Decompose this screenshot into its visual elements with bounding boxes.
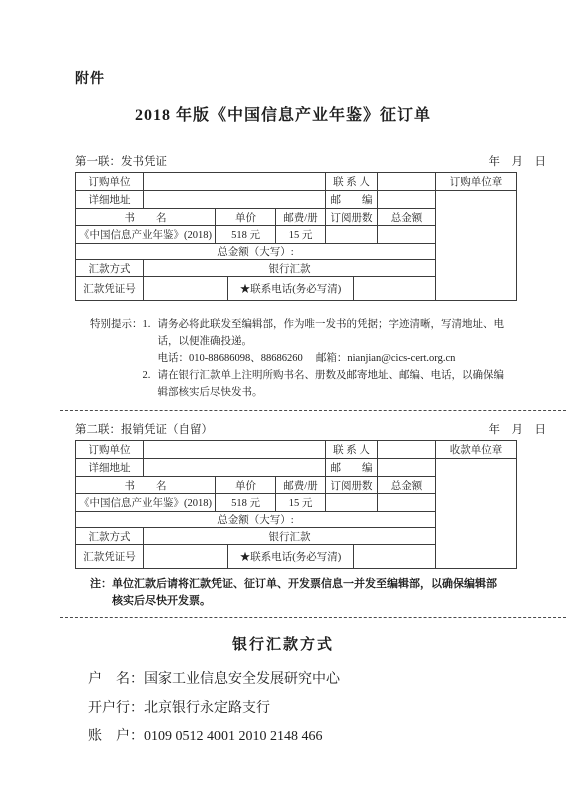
- payment-method-value: 银行汇款: [144, 528, 436, 545]
- bank-account-number-line: 账 户：0109 0512 4001 2010 2148 466: [88, 723, 566, 752]
- contact-phone-label: ★联系电话(务必写清): [228, 545, 354, 569]
- section1-label: 第一联：发书凭证: [75, 153, 167, 169]
- header-book-name: 书 名: [76, 209, 216, 226]
- attachment-label: 附件: [75, 68, 566, 88]
- stamp-area: [436, 459, 517, 569]
- invoice-note-label: 注：: [90, 576, 112, 610]
- address-label: 详细地址: [76, 191, 144, 209]
- special-notes: 特别提示： 1. 请务必将此联发至编辑部，作为唯一发书的凭据；字迹清晰，写清地址…: [90, 316, 514, 401]
- stamp-area-label: 订购单位章: [436, 173, 517, 191]
- bank-remittance-heading: 银行汇款方式: [0, 633, 566, 654]
- book-name-cell: 《中国信息产业年鉴》(2018): [76, 494, 216, 512]
- postcode-label: 邮 编: [326, 191, 378, 209]
- contact-phone-value-cell: [354, 277, 436, 301]
- total-value-cell: [378, 494, 436, 512]
- total-value-cell: [378, 226, 436, 244]
- remittance-voucher-value-cell: [144, 545, 228, 569]
- unit-price-cell: 518 元: [216, 226, 276, 244]
- section2-date-placeholder: 年 月 日: [489, 421, 547, 437]
- section-divider-dashed-1: [60, 410, 566, 411]
- book-name-cell: 《中国信息产业年鉴》(2018): [76, 226, 216, 244]
- document-title: 2018 年版《中国信息产业年鉴》征订单: [0, 102, 566, 125]
- address-value-cell: [144, 191, 326, 209]
- special-note-item-2: 2. 请在银行汇款单上注明所购书名、册数及邮寄地址、邮编、电话，以确保编辑部核实…: [143, 367, 515, 401]
- total-in-words-label: 总金额（大写）:: [76, 244, 436, 260]
- account-name-label: 户 名：: [88, 672, 144, 687]
- order-unit-value-cell: [144, 173, 326, 191]
- special-note-2-number: 2.: [143, 367, 158, 401]
- header-copies: 订阅册数: [326, 477, 378, 494]
- payment-method-label: 汇款方式: [76, 528, 144, 545]
- postcode-value-cell: [378, 459, 436, 477]
- copies-value-cell: [326, 226, 378, 244]
- address-label: 详细地址: [76, 459, 144, 477]
- invoice-note-text: 单位汇款后请将汇款凭证、征订单、开发票信息一并发至编辑部，以确保编辑部核实后尽快…: [112, 576, 505, 610]
- stamp-area-label: 收款单位章: [436, 441, 517, 459]
- order-unit-label: 订购单位: [76, 173, 144, 191]
- remittance-voucher-label: 汇款凭证号: [76, 545, 144, 569]
- bank-branch-label: 开户行：: [88, 701, 144, 716]
- account-number-value: 0109 0512 4001 2010 2148 466: [144, 729, 323, 744]
- header-book-name: 书 名: [76, 477, 216, 494]
- copies-value-cell: [326, 494, 378, 512]
- header-postage: 邮费/册: [276, 477, 326, 494]
- account-name-value: 国家工业信息安全发展研究中心: [144, 672, 340, 687]
- invoice-note: 注： 单位汇款后请将汇款凭证、征订单、开发票信息一并发至编辑部，以确保编辑部核实…: [90, 576, 505, 610]
- header-copies: 订阅册数: [326, 209, 378, 226]
- section1-date-placeholder: 年 月 日: [489, 153, 547, 169]
- header-unit-price: 单价: [216, 209, 276, 226]
- postage-cell: 15 元: [276, 226, 326, 244]
- section1-order-table: 订购单位 联 系 人 订购单位章 详细地址 邮 编 书 名 单价 邮费/册 订阅…: [75, 172, 517, 301]
- special-note-2-text: 请在银行汇款单上注明所购书名、册数及邮寄地址、邮编、电话，以确保编辑部核实后尽快…: [158, 367, 515, 401]
- postcode-value-cell: [378, 191, 436, 209]
- postcode-label: 邮 编: [326, 459, 378, 477]
- header-total: 总金额: [378, 477, 436, 494]
- payment-method-value: 银行汇款: [144, 260, 436, 277]
- total-in-words-label: 总金额（大写）:: [76, 512, 436, 528]
- order-unit-label: 订购单位: [76, 441, 144, 459]
- contact-person-value-cell: [378, 173, 436, 191]
- contact-phone-value-cell: [354, 545, 436, 569]
- section1-header: 第一联：发书凭证 年 月 日: [75, 153, 546, 169]
- contact-person-value-cell: [378, 441, 436, 459]
- contact-person-label: 联 系 人: [326, 173, 378, 191]
- order-form-document: 附件 2018 年版《中国信息产业年鉴》征订单 第一联：发书凭证 年 月 日 订…: [0, 0, 566, 800]
- remittance-voucher-label: 汇款凭证号: [76, 277, 144, 301]
- address-value-cell: [144, 459, 326, 477]
- section-divider-dashed-2: [60, 617, 566, 618]
- special-note-1-text: 请务必将此联发至编辑部，作为唯一发书的凭据；字迹清晰，写清地址、电话，以便准确投…: [158, 316, 515, 350]
- contact-phone-label: ★联系电话(务必写清): [228, 277, 354, 301]
- editorial-contact-line: 电话：010-88686098、88686260 邮箱：nianjian@cic…: [158, 350, 515, 367]
- special-note-1-number: 1.: [143, 316, 158, 350]
- remittance-voucher-value-cell: [144, 277, 228, 301]
- bank-branch-value: 北京银行永定路支行: [144, 701, 270, 716]
- payment-method-label: 汇款方式: [76, 260, 144, 277]
- bank-account-name-line: 户 名：国家工业信息安全发展研究中心: [88, 666, 566, 695]
- special-note-item-1: 1. 请务必将此联发至编辑部，作为唯一发书的凭据；字迹清晰，写清地址、电话，以便…: [143, 316, 515, 350]
- header-total: 总金额: [378, 209, 436, 226]
- contact-person-label: 联 系 人: [326, 441, 378, 459]
- section2-order-table: 订购单位 联 系 人 收款单位章 详细地址 邮 编 书 名 单价 邮费/册 订阅…: [75, 440, 517, 569]
- bank-branch-line: 开户行：北京银行永定路支行: [88, 695, 566, 724]
- unit-price-cell: 518 元: [216, 494, 276, 512]
- postage-cell: 15 元: [276, 494, 326, 512]
- section2-label: 第二联：报销凭证（自留）: [75, 421, 213, 437]
- header-postage: 邮费/册: [276, 209, 326, 226]
- section2-header: 第二联：报销凭证（自留） 年 月 日: [75, 421, 546, 437]
- header-unit-price: 单价: [216, 477, 276, 494]
- stamp-area: [436, 191, 517, 301]
- account-number-label: 账 户：: [88, 729, 144, 744]
- special-notes-label: 特别提示：: [90, 316, 143, 401]
- order-unit-value-cell: [144, 441, 326, 459]
- bank-details: 户 名：国家工业信息安全发展研究中心 开户行：北京银行永定路支行 账 户：010…: [88, 666, 566, 752]
